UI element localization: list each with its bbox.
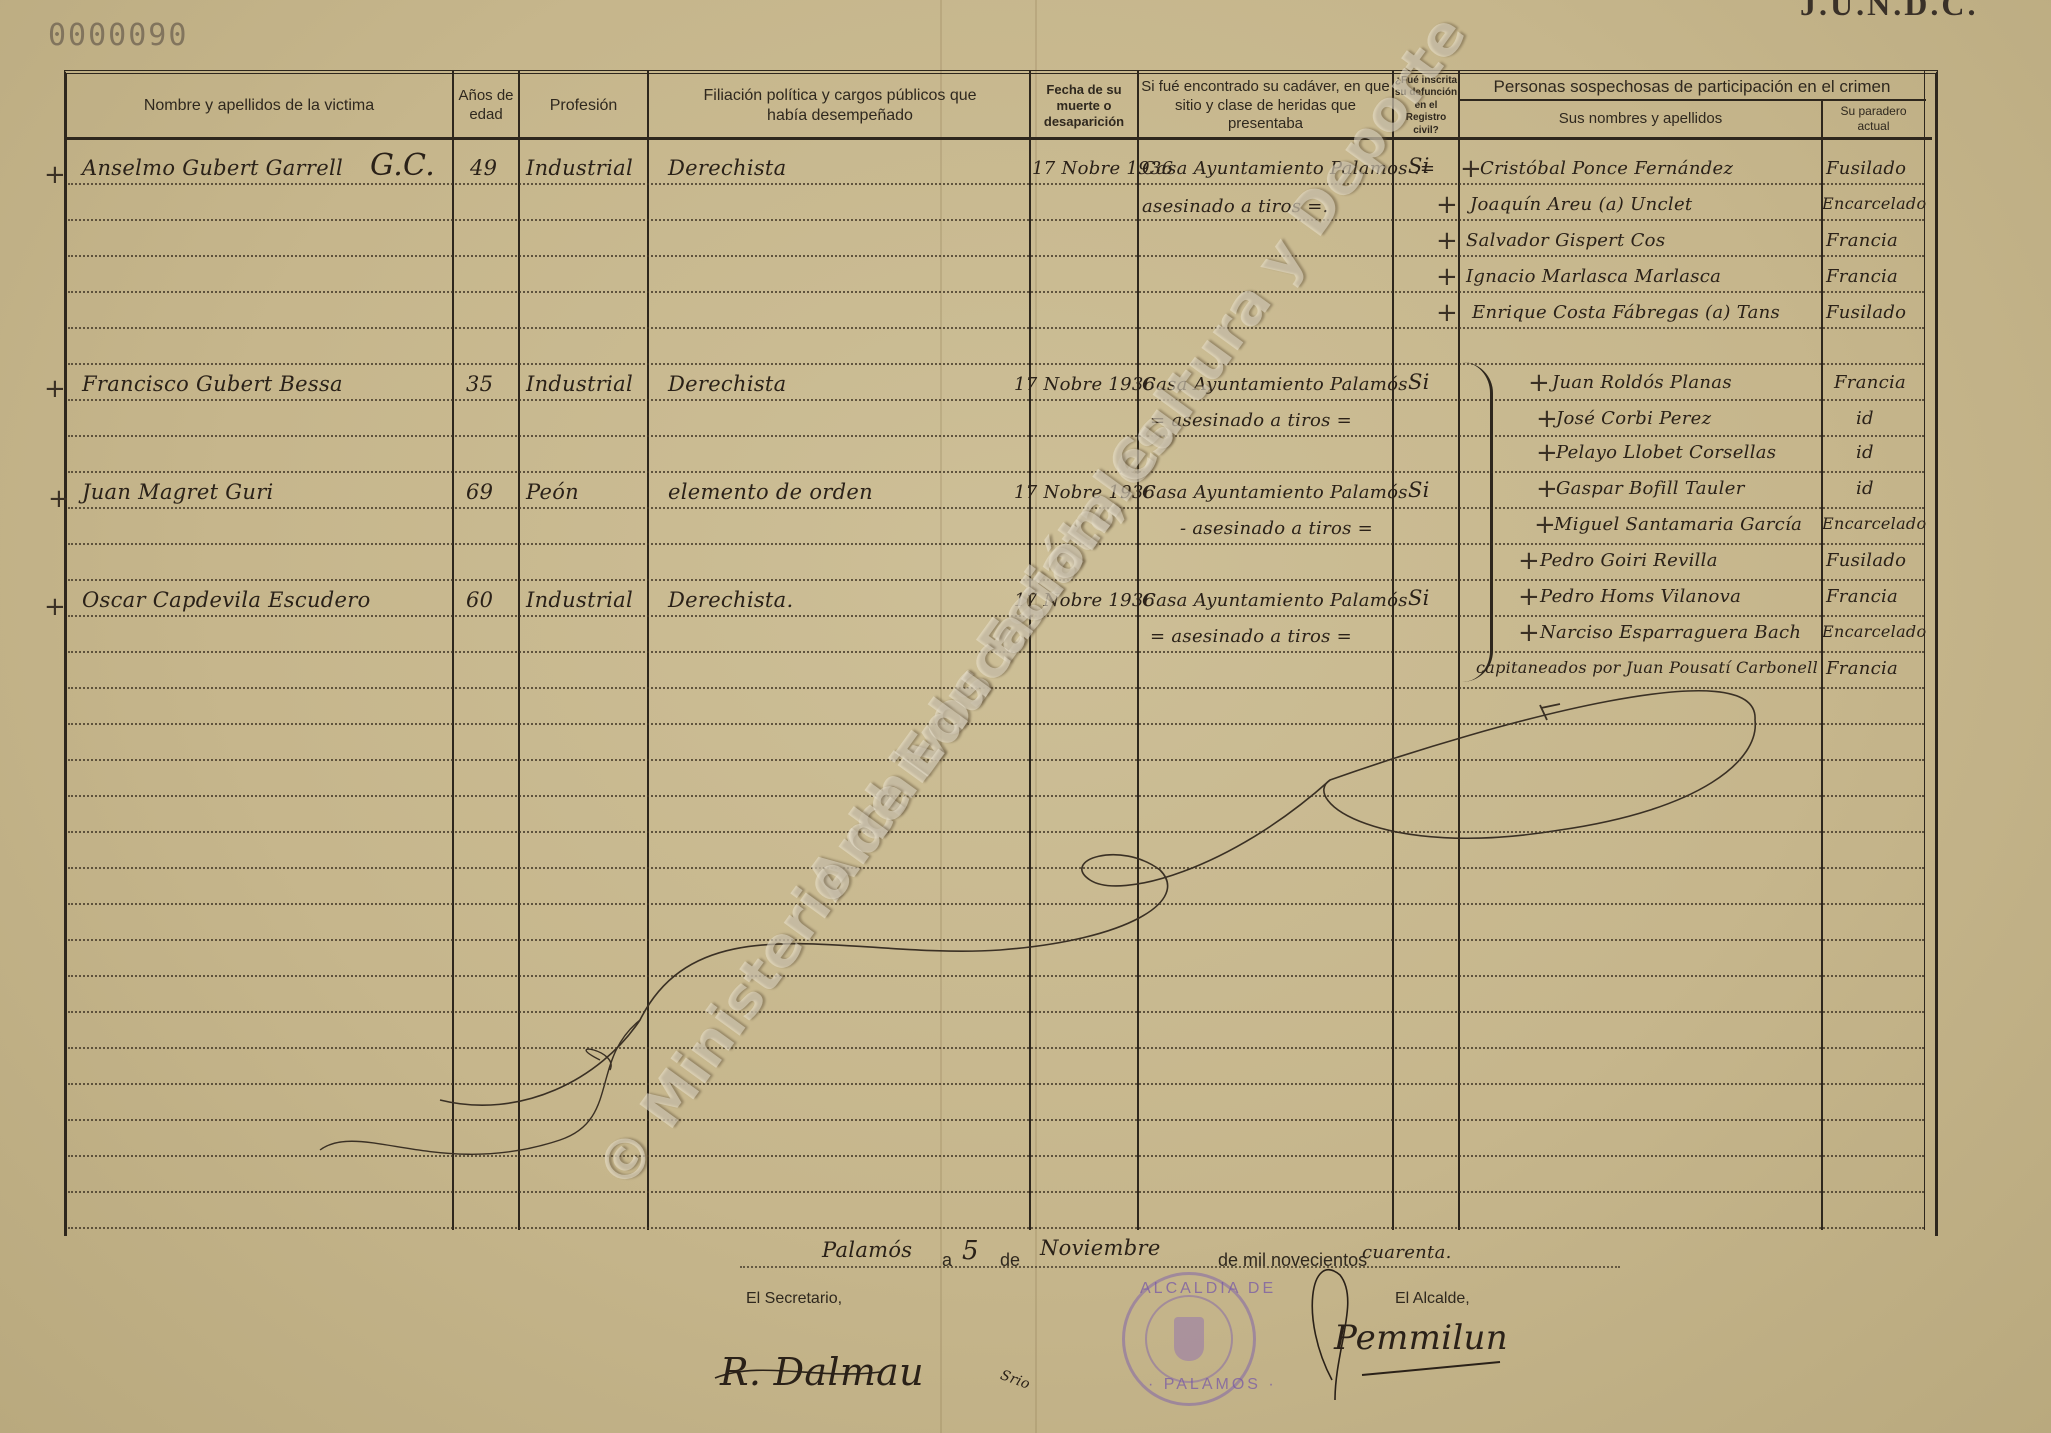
seal-text-top: ALCALDIA DE xyxy=(1140,1280,1276,1298)
seal-text-bottom: · PALAMOS · xyxy=(1148,1376,1277,1394)
seal-inner-ring xyxy=(1145,1295,1233,1383)
coat-of-arms-icon xyxy=(1174,1317,1204,1361)
signature-strokes xyxy=(0,0,2051,1433)
